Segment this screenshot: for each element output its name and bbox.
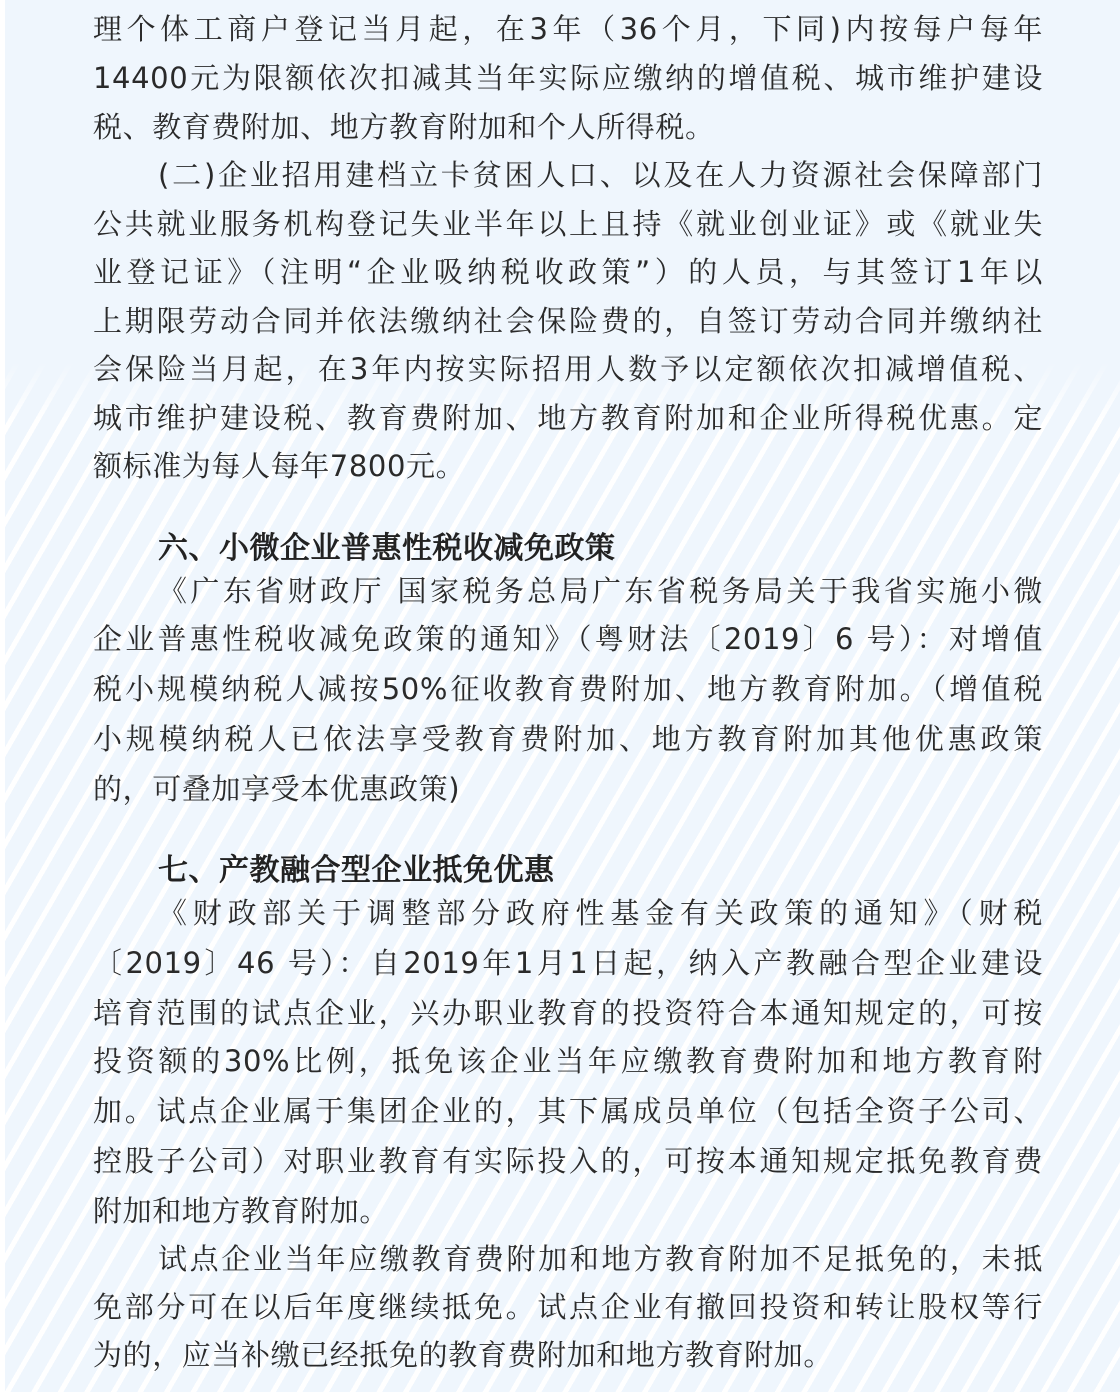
text-line: 税、教育费附加、地方教育附加和个人所得税。 [93,109,1043,145]
text-line: 加。试点企业属于集团企业的，其下属成员单位（包括全资子公司、 [93,1093,1043,1129]
text-line: 公共就业服务机构登记失业半年以上且持《就业创业证》或《就业失 [93,206,1043,242]
section-heading: 七、产教融合型企业抵免优惠 [158,853,555,889]
text-line: 税小规模纳税人减按50%征收教育费附加、地方教育附加。（增值税 [93,671,1043,707]
text-line: 上期限劳动合同并依法缴纳社会保险费的，自签订劳动合同并缴纳社 [93,303,1043,339]
text-line: 会保险当月起，在3年内按实际招用人数予以定额依次扣减增值税、 [93,351,1043,387]
text-line: 企业普惠性税收减免政策的通知》（粤财法〔2019〕6 号）：对增值 [93,621,1043,657]
text-line: 为的，应当补缴已经抵免的教育费附加和地方教育附加。 [93,1337,1043,1373]
text-line: 城市维护建设税、教育费附加、地方教育附加和企业所得税优惠。定 [93,400,1043,436]
text-line: 附加和地方教育附加。 [93,1193,1043,1229]
paragraph-first-line: 《广东省财政厅 国家税务总局广东省税务局关于我省实施小微 [158,573,1043,609]
text-line: 小规模纳税人已依法享受教育费附加、地方教育附加其他优惠政策 [93,721,1043,757]
text-line: 14400元为限额依次扣减其当年实际应缴纳的增值税、城市维护建设 [93,60,1043,96]
document-page: 理个体工商户登记当月起，在3年（36个月，下同)内按每户每年 14400元为限额… [0,0,1120,1392]
text-line: 的，可叠加享受本优惠政策) [93,771,1043,807]
section-heading: 六、小微企业普惠性税收减免政策 [158,531,616,567]
text-line: 理个体工商户登记当月起，在3年（36个月，下同)内按每户每年 [93,11,1043,47]
text-line: 培育范围的试点企业，兴办职业教育的投资符合本通知规定的，可按 [93,995,1043,1031]
text-line: 投资额的30%比例，抵免该企业当年应缴教育费附加和地方教育附 [93,1043,1043,1079]
text-line: 业登记证》（注明“企业吸纳税收政策”）的人员，与其签订1年以 [93,254,1043,290]
paragraph-first-line: 试点企业当年应缴教育费附加和地方教育附加不足抵免的，未抵 [158,1241,1043,1277]
text-line: 额标准为每人每年7800元。 [93,448,1043,484]
text-line: 免部分可在以后年度继续抵免。试点企业有撤回投资和转让股权等行 [93,1289,1043,1325]
paragraph-first-line: 《财政部关于调整部分政府性基金有关政策的通知》（财税 [158,895,1043,931]
paragraph-first-line: (二)企业招用建档立卡贫困人口、以及在人力资源社会保障部门 [158,157,1043,193]
text-line: 〔2019〕46 号）：自2019年1月1日起，纳入产教融合型企业建设 [93,945,1043,981]
text-line: 控股子公司）对职业教育有实际投入的，可按本通知规定抵免教育费 [93,1143,1043,1179]
